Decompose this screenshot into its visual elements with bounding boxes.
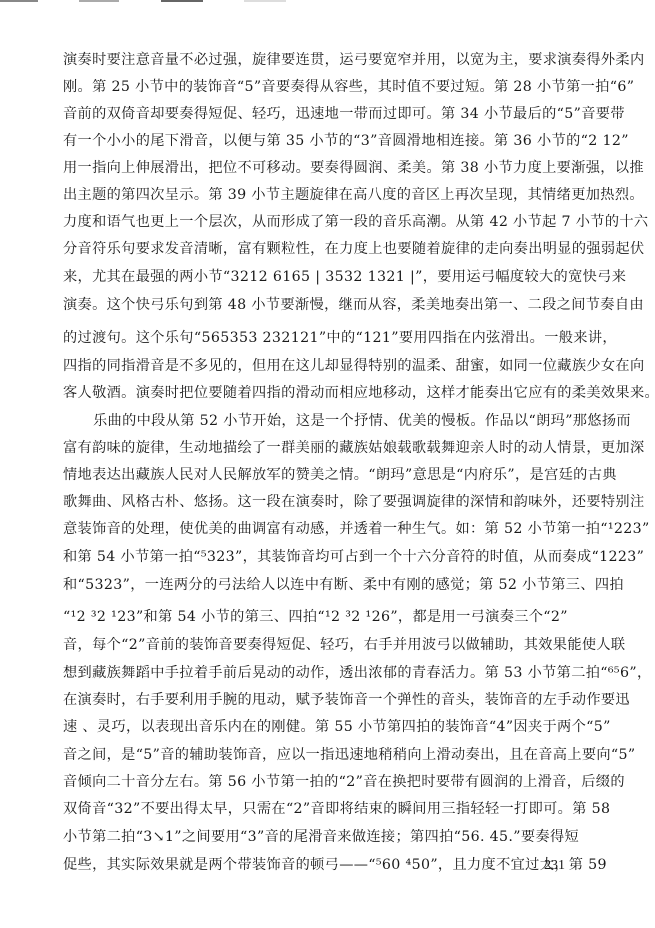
- text-line: 在演奏时，右手要利用手腕的甩动，赋予装饰音一个弹性的音头，装饰音的左手动作要迅: [63, 690, 630, 710]
- text-line: 歌舞曲、风格古朴、悠扬。这一段在演奏时，除了要强调旋律的深情和韵味外，还要特别注: [63, 492, 645, 512]
- text-line: 有一个小小的尾下滑音，以便与第 35 小节的“3”音圆滑地相连接。第 36 小节…: [63, 131, 629, 151]
- text-line-with-notation: “¹2 ³2 ¹23”和第 54 小节的第三、四拍“¹2 ³2 ¹26”，都是用…: [63, 607, 568, 627]
- text-line: 音倾向二十音分左右。第 56 小节第一拍的“2”音在换把时要带有圆润的上滑音，后…: [63, 772, 625, 792]
- text-line: 演奏。这个快弓乐句到第 48 小节要渐慢，继而从容，柔美地奏出第一、二段之间节奏…: [63, 295, 644, 315]
- text-line: 分音符乐句要求发音清晰，富有颗粒性，在力度上也要随着旋律的走向奏出明显的强弱起伏: [63, 239, 645, 259]
- text-line-with-notation: 小节第二拍“3↘1”之间要用“3”音的尾滑音来做连接；第四拍“56. 45.”要…: [63, 827, 579, 847]
- text-line-with-notation: 和第 54 小节第一拍“⁵323”，其装饰音均可占到一个十六分音符的时值，从而奏…: [63, 547, 644, 567]
- text-line: 出主题的第四次呈示。第 39 小节主题旋律在高八度的音区上再次呈现，其情绪更加热…: [63, 185, 644, 205]
- text-line: 力度和语气也更上一个层次，从而形成了第一段的音乐高潮。从第 42 小节起 7 小…: [63, 212, 648, 232]
- scan-edge-mark: [79, 0, 119, 2]
- text-line: 情地表达出藏族人民对人民解放军的赞美之情。“朗玛”意思是“内府乐”，是宫廷的古典: [63, 465, 617, 485]
- text-line: 刚。第 25 小节中的装饰音“5”音要奏得从容些，其时值不要过短。第 28 小节…: [63, 77, 634, 97]
- text-line-with-notation: 和“5323”，一连两分的弓法给人以连中有断、柔中有刚的感觉；第 52 小节第三…: [63, 575, 624, 595]
- text-line: 演奏时要注意音量不必过强，旋律要连贯，运弓要宽窄并用，以宽为主，要求演奏得外柔内: [63, 50, 645, 70]
- text-line-with-notation: 想到藏族舞蹈中手拉着手前后晃动的动作，透出浓郁的青春活力。第 53 小节第二拍“…: [63, 663, 651, 683]
- paragraph-start-line: 乐曲的中段从第 52 小节开始，这是一个抒情、优美的慢板。作品以“朗玛”那悠扬而: [63, 411, 631, 431]
- text-line: 客人敬酒。演奏时把位要随着四指的滑动而相应地移动，这样才能奏出它应有的柔美效果来…: [63, 383, 655, 403]
- text-line: 音前的双倚音却要奏得短促、轻巧，迅速地一带而过即可。第 34 小节最后的“5”音…: [63, 104, 625, 124]
- text-line: 速 、灵巧，以表现出音乐内在的刚健。第 55 小节第四拍的装饰音“4”因夹于两个…: [63, 717, 611, 737]
- text-line: 四指的同指滑音是不多见的，但用在这儿却显得特别的温柔、甜蜜，如同一位藏族少女在向: [63, 356, 645, 376]
- text-line-with-notation: 双倚音“32”不要出得太早，只需在“2”音即将结束的瞬间用三指轻轻一打即可。第 …: [63, 799, 610, 819]
- text-line: 用一指向上伸展滑出，把位不可移动。要奏得圆润、柔美。第 38 小节力度上要渐强，…: [63, 158, 644, 178]
- text-line-with-notation: 意装饰音的处理，使优美的曲调富有动感，并透着一种生气。如：第 52 小节第一拍“…: [63, 519, 650, 539]
- text-line-with-notation: 的过渡句。这个乐句“565353 232121”中的“121”要用四指在内弦滑出…: [63, 328, 617, 348]
- text-line-with-notation: 来，尤其在最强的两小节“3212 6165 | 3532 1321 |”，要用运…: [63, 267, 626, 287]
- scan-edge-mark: [161, 0, 203, 2]
- scan-edge-mark: [244, 0, 286, 2]
- text-line: 富有韵味的旋律，生动地描绘了一群美丽的藏族姑娘载歌载舞迎亲人时的动人情景，更加深: [63, 438, 645, 458]
- text-line: 音之间，是“5”音的辅助装饰音，应以一指迅速地稍稍向上滑动奏出，且在音高上要向“…: [63, 745, 636, 765]
- scan-edge-mark: [0, 0, 38, 2]
- text-line-with-notation: 促些，其实际效果就是两个带装饰音的顿弓——“⁵60 ⁴50”，且力度不宜过大，第…: [63, 855, 607, 875]
- page-number: 231: [544, 858, 565, 874]
- text-line: 音，每个“2”音前的装饰音要奏得短促、轻巧，右手并用波弓以做辅助，其效果能使人联: [63, 635, 625, 655]
